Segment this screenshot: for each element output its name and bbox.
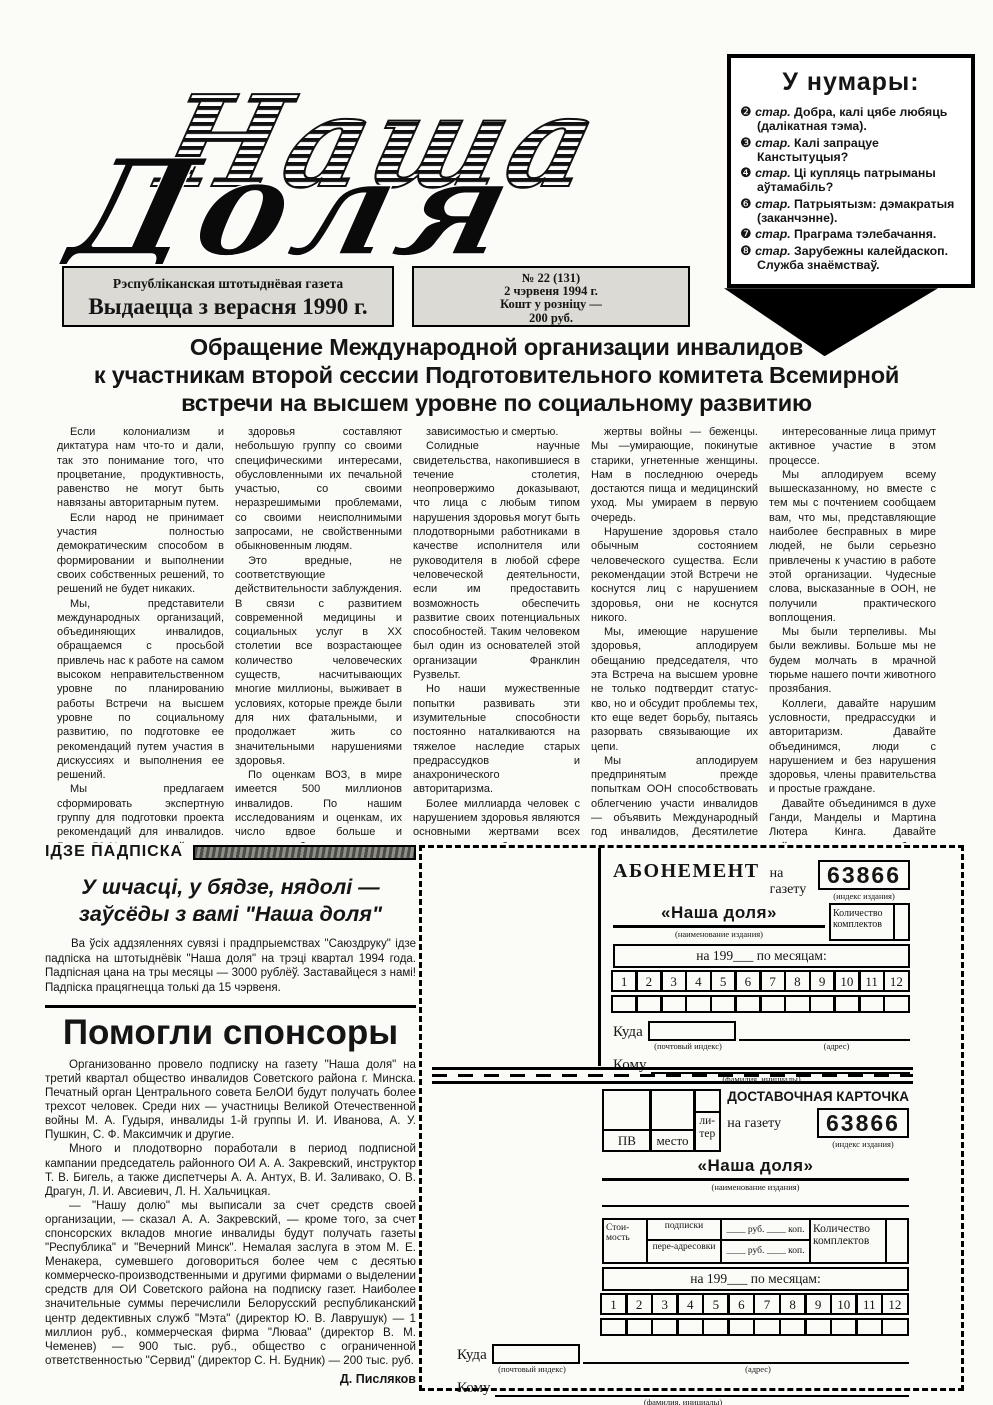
month-cell: 6 [727, 1293, 755, 1315]
article-paragraph: Мы аплодируем предпринятым прежде попытк… [591, 754, 758, 843]
sponsors-paragraph: Много и плодотворно поработали в период … [45, 1142, 416, 1198]
card-na-gazetu: на газету [727, 1116, 781, 1149]
month-blank-cell [759, 995, 786, 1013]
article-paragraph: Если колониализм и диктатура нам что-то … [57, 425, 224, 511]
article-paragraph: Но наши мужественные попытки развивать э… [413, 682, 580, 796]
month-blank-cell [804, 1318, 832, 1336]
cost-kinds: подписки пере-адресовки [648, 1220, 722, 1262]
card-paper-name: «Наша доля» [602, 1156, 909, 1176]
page-word: стар. [755, 136, 791, 150]
abonement-month-blanks [613, 995, 910, 1013]
blank-ruled-line [602, 1205, 909, 1208]
month-cell: 12 [881, 1293, 909, 1315]
article-column-5: интересованные лица примут активное учас… [769, 425, 936, 843]
month-blank-cell [727, 1318, 755, 1336]
cost-amounts: ____ руб. ____ коп. ____ руб. ____ коп. [722, 1220, 811, 1262]
paper-name-caption: (наименование издания) [613, 929, 825, 939]
article-paragraph: Мы предлагаем сформировать экспертную гр… [57, 782, 224, 843]
article-column-3: зависимостью и смертью.Солидные научные … [413, 425, 580, 843]
address-line [583, 1344, 909, 1364]
ruled-line [613, 925, 825, 928]
month-blank-cell [881, 1318, 909, 1336]
card-index-value: 63866 [817, 1108, 909, 1138]
page-word: стар. [755, 197, 791, 211]
logo-word-dolya: Доля [50, 130, 534, 264]
toc-item: ❽ стар. Зарубежны калейдаскоп. Служба зн… [740, 244, 962, 273]
sponsors-article: Помогли спонсоры Организованно провело п… [45, 1010, 416, 1386]
month-blank-cell [660, 995, 687, 1013]
postal-index-caption: (почтовый индекс) [457, 1364, 607, 1374]
publication-index-value: 63866 [818, 860, 910, 890]
page-number-badge: ❽ [740, 243, 752, 258]
masthead-logo: Наша Доля [50, 38, 712, 264]
article-paragraph: зависимостью и смертью. [413, 425, 580, 439]
sponsors-headline: Помогли спонсоры [45, 1010, 416, 1056]
liter-blank-box [693, 1089, 721, 1113]
page-number-badge: ❷ [740, 104, 752, 119]
quantity-blank-cell [893, 905, 908, 939]
separator-line-bottom [432, 1081, 913, 1084]
sponsors-paragraph: — "Нашу долю" мы выписали за счет средст… [45, 1199, 416, 1368]
month-cell: 7 [753, 1293, 781, 1315]
article-paragraph: Более миллиарда человек с нарушением здо… [413, 797, 580, 843]
name-caption: (фамилия, инициалы) [457, 1397, 909, 1405]
article-paragraph: Если народ не принимает участия полность… [57, 511, 224, 597]
issue-info-box: № 22 (131) 2 чэрвеня 1994 г. Кошт у розн… [412, 266, 690, 327]
month-blank-cell [809, 995, 836, 1013]
card-kuda-captions: (почтовый индекс) (адрес) [457, 1364, 909, 1374]
place-blank-box [649, 1089, 696, 1131]
subscription-amount: ____ руб. ____ коп. [722, 1220, 809, 1241]
in-this-issue-panel: У нумары: ❷ стар. Добра, калі цябе любяц… [727, 54, 975, 356]
postal-index-box [648, 1021, 736, 1041]
month-blank-cell [883, 995, 910, 1013]
month-blank-cell [734, 995, 761, 1013]
toc-item: ❻ стар. Патрыятызм: дэмакратыя (заканчэн… [740, 197, 962, 226]
subscription-text: Ва ўсіх аддзяленнях сувязі і прадпрыемст… [45, 937, 416, 995]
liter-label: ли-тер [693, 1113, 721, 1152]
abonement-period: на 199___ по месяцам: [613, 944, 910, 968]
page-word: стар. [755, 105, 791, 119]
month-cell: 11 [855, 1293, 883, 1315]
abonement-header: АБОНЕМЕНТ на газету 63866 (индекс издани… [613, 860, 910, 901]
ruled-line [602, 1178, 909, 1181]
card-index-wrap: 63866 (индекс издания) [817, 1108, 909, 1149]
card-quantity-blank-cell [885, 1220, 907, 1262]
article-paragraph: Мы были терпеливы. Мы были вежливы. Боль… [769, 625, 936, 696]
month-cell: 3 [660, 970, 687, 992]
toc-box: У нумары: ❷ стар. Добра, калі цябе любяц… [727, 54, 975, 288]
month-cell: 7 [759, 970, 786, 992]
pv-blank-box [602, 1089, 652, 1131]
toc-title: У нумары: [740, 68, 962, 97]
month-cell: 5 [710, 970, 737, 992]
subscription-headline-line-1: У шчасці, у бядзе, нядолі — [45, 874, 416, 901]
article-paragraph: Мы, представители международных организа… [57, 597, 224, 783]
month-blank-cell [779, 1318, 807, 1336]
month-blank-cell [635, 995, 662, 1013]
month-blank-cell [685, 995, 712, 1013]
month-cell: 11 [858, 970, 885, 992]
address-caption: (адрес) [763, 1041, 910, 1051]
article-column-2: здоровья составляют небольшую группу со … [235, 425, 402, 843]
abonement-form: АБОНЕМЕНТ на газету 63866 (индекс издани… [598, 848, 913, 1066]
toc-item: ❼ стар. Праграма тэлебачання. [740, 227, 962, 241]
abonement-na-gazetu: на газету [770, 866, 818, 901]
postal-index-caption: (почтовый индекс) [613, 1041, 763, 1051]
paper-name: «Наша доля» [613, 903, 825, 923]
publication-index-caption: (индекс издания) [818, 891, 910, 901]
publication-since: Выдаецца з верасня 1990 г. [64, 294, 392, 320]
issue-price: 200 руб. [414, 312, 688, 325]
separator-dashes [432, 1074, 913, 1077]
month-blank-cell [833, 995, 860, 1013]
abonement-name-row: «Наша доля» (наименование издания) Колич… [613, 903, 910, 941]
abonement-paper-name: «Наша доля» (наименование издания) [613, 903, 825, 941]
subscription-coupon: АБОНЕМЕНТ на газету 63866 (индекс издани… [419, 845, 964, 1391]
author-byline: Д. Писляков [45, 1372, 416, 1386]
article-paragraph: Это вредные, не соответствующие действит… [235, 554, 402, 768]
month-cell: 9 [809, 970, 836, 992]
month-cell: 12 [883, 970, 910, 992]
month-cell: 8 [784, 970, 811, 992]
card-quantity-label: Количество комплектов [811, 1220, 885, 1262]
page-word: стар. [755, 244, 791, 258]
article-paragraph: Мы, имеющие нарушение здоровья, аплодиру… [591, 625, 758, 754]
komu-label: Кому [457, 1380, 490, 1397]
month-blank-cell [753, 1318, 781, 1336]
month-cell: 4 [676, 1293, 704, 1315]
article-paragraph: По оценкам ВОЗ, в мире имеется 500 милли… [235, 768, 402, 843]
forms-separator [432, 1067, 913, 1084]
delivery-card-index: на газету 63866 (индекс издания) [727, 1108, 909, 1149]
name-line [495, 1379, 909, 1397]
card-kuda-row: Куда [457, 1344, 909, 1364]
toc-item-text: Праграма тэлебачання. [794, 227, 936, 241]
delivery-card-header: ДОСТАВОЧНАЯ КАРТОЧКА на газету 63866 (ин… [727, 1089, 909, 1152]
card-month-blanks [602, 1318, 909, 1336]
article-paragraph: Солидные научные свидетельства, накопивш… [413, 439, 580, 682]
headline-line-2: к участникам второй сессии Подготовитель… [0, 361, 993, 389]
month-cell: 5 [702, 1293, 730, 1315]
abonement-month-numbers: 123456789101112 [613, 970, 910, 992]
cost-table: Стои-мость подписки пере-адресовки ____ … [602, 1218, 909, 1264]
sponsors-paragraph: Организованно провело подписку на газету… [45, 1058, 416, 1143]
article-columns: Если колониализм и диктатура нам что-то … [57, 425, 936, 843]
pv-label: ПВ [602, 1131, 652, 1152]
section-divider [45, 1005, 416, 1008]
page-number-badge: ❸ [740, 135, 752, 150]
page-word: стар. [755, 166, 791, 180]
place-column: место [649, 1089, 696, 1152]
page-word: стар. [755, 227, 791, 241]
liter-column: ли-тер [693, 1089, 721, 1152]
article-paragraph: Давайте объединимся в духе Ганди, Мандел… [769, 797, 936, 843]
month-blank-cell [702, 1318, 730, 1336]
month-cell: 9 [804, 1293, 832, 1315]
month-blank-cell [710, 995, 737, 1013]
card-komu-row: Кому [457, 1379, 909, 1397]
toc-item: ❷ стар. Добра, калі цябе любяць (далікат… [740, 105, 962, 134]
month-blank-cell [784, 995, 811, 1013]
month-blank-cell [830, 1318, 858, 1336]
month-blank-cell [858, 995, 885, 1013]
headline-line-1: Обращение Международной организации инва… [0, 333, 993, 361]
delivery-card-upper: ПВ место ли-тер ДОСТАВОЧНАЯ КАРТОЧКА на … [602, 1089, 909, 1152]
article-paragraph: Мы аплодируем всему вышесказанному, но в… [769, 468, 936, 625]
page-number-badge: ❻ [740, 196, 752, 211]
article-paragraph: здоровья составляют небольшую группу со … [235, 425, 402, 554]
abonement-kuda-captions: (почтовый индекс) (адрес) [613, 1041, 910, 1051]
card-month-numbers: 123456789101112 [602, 1293, 909, 1315]
subscription-cost-label: подписки [648, 1220, 720, 1241]
month-cell: 1 [600, 1293, 628, 1315]
publication-subtitle: Рэспубліканская штотыднёвая газета [64, 276, 392, 292]
month-cell: 10 [833, 970, 860, 992]
page-number-badge: ❹ [740, 165, 752, 180]
headline-line-3: встречи на высшем уровне по социальному … [0, 389, 993, 417]
separator-line-top [432, 1067, 913, 1070]
month-cell: 6 [734, 970, 761, 992]
page-number-badge: ❼ [740, 226, 752, 241]
delivery-card-address: Куда (почтовый индекс) (адрес) Кому (фам… [457, 1344, 909, 1405]
readdress-cost-label: пере-адресовки [648, 1241, 720, 1262]
textured-bar [193, 845, 416, 860]
issue-price-label: Кошт у розніцу — [414, 298, 688, 311]
month-blank-cell [855, 1318, 883, 1336]
article-column-1: Если колониализм и диктатура нам что-то … [57, 425, 224, 843]
article-paragraph: интересованные лица примут активное учас… [769, 425, 936, 468]
kuda-label: Куда [613, 1024, 643, 1041]
month-cell: 2 [635, 970, 662, 992]
month-cell: 3 [651, 1293, 679, 1315]
month-cell: 10 [830, 1293, 858, 1315]
cost-label: Стои-мость [604, 1220, 648, 1262]
address-line [739, 1021, 910, 1041]
subscription-kicker: ІДЗЕ ПАДПІСКА [45, 843, 183, 861]
readdress-amount: ____ руб. ____ коп. [722, 1241, 809, 1262]
toc-item: ❸ стар. Калі запрацуе Канстытуцыя? [740, 136, 962, 165]
delivery-card-form: ПВ место ли-тер ДОСТАВОЧНАЯ КАРТОЧКА на … [432, 1089, 914, 1405]
toc-item: ❹ стар. Ці купляць патрыманы аўтамабіль? [740, 166, 962, 195]
month-blank-cell [625, 1318, 653, 1336]
month-cell: 8 [779, 1293, 807, 1315]
card-paper-caption: (наименование издания) [602, 1182, 909, 1192]
article-paragraph: Коллеги, давайте нарушим условности, пре… [769, 697, 936, 797]
article-paragraph: Нарушение здоровья стало обычным состоян… [591, 525, 758, 625]
publication-info-box: Рэспубліканская штотыднёвая газета Выдае… [62, 266, 394, 327]
address-caption: (адрес) [607, 1364, 909, 1374]
subscription-headline-line-2: заўсёды з вамі "Наша доля" [45, 901, 416, 928]
kuda-label: Куда [457, 1347, 487, 1364]
month-blank-cell [600, 1318, 628, 1336]
month-blank-cell [611, 995, 638, 1013]
lead-headline: Обращение Международной организации инва… [0, 333, 993, 417]
quantity-box: Количество комплектов [829, 903, 910, 941]
delivery-card-title: ДОСТАВОЧНАЯ КАРТОЧКА [727, 1089, 909, 1104]
month-cell: 4 [685, 970, 712, 992]
month-cell: 2 [625, 1293, 653, 1315]
card-index-caption: (индекс издания) [817, 1139, 909, 1149]
article-column-4: жертвы войны — беженцы. Мы —умирающие, п… [591, 425, 758, 843]
article-paragraph: жертвы войны — беженцы. Мы —умирающие, п… [591, 425, 758, 525]
abonement-title: АБОНЕМЕНТ [613, 860, 760, 901]
card-period: на 199___ по месяцам: [602, 1267, 909, 1291]
postal-index-box [492, 1344, 580, 1364]
newspaper-front-page: Наша Доля У нумары: ❷ стар. Добра, калі … [0, 0, 993, 1405]
month-blank-cell [676, 1318, 704, 1336]
quantity-label: Количество комплектов [831, 905, 893, 939]
abonement-kuda-row: Куда [613, 1021, 910, 1041]
toc-list: ❷ стар. Добра, калі цябе любяць (далікат… [740, 105, 962, 272]
delivery-card-main: ПВ место ли-тер ДОСТАВОЧНАЯ КАРТОЧКА на … [602, 1089, 909, 1336]
abonement-index: 63866 (индекс издания) [818, 860, 910, 901]
month-cell: 1 [611, 970, 638, 992]
subscription-headline: У шчасці, у бядзе, нядолі — заўсёды з ва… [45, 874, 416, 928]
sponsors-body: Организованно провело подписку на газету… [45, 1058, 416, 1368]
pv-column: ПВ [602, 1089, 652, 1152]
subscription-kicker-row: ІДЗЕ ПАДПІСКА [45, 843, 416, 861]
month-blank-cell [651, 1318, 679, 1336]
subscription-section: ІДЗЕ ПАДПІСКА У шчасці, у бядзе, нядолі … [45, 843, 416, 1386]
place-label: место [649, 1131, 696, 1152]
